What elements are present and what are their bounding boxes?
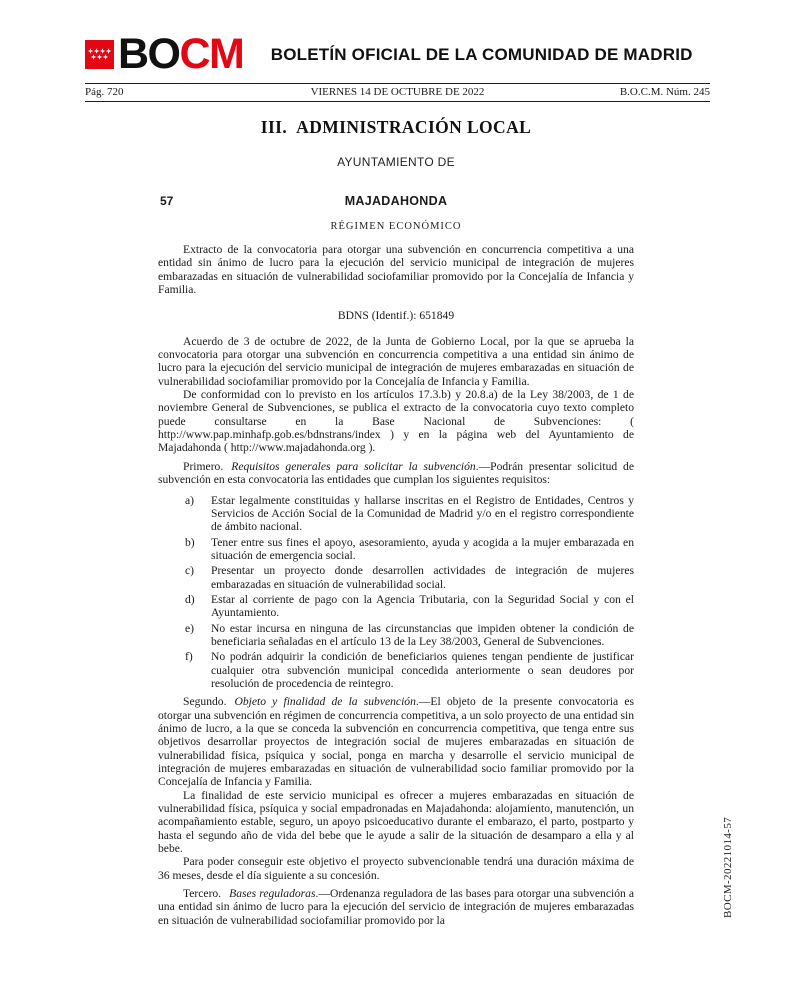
entity-type-heading: AYUNTAMIENTO DE [158,155,634,169]
list-item: b) Tener entre sus fines el apoyo, aseso… [158,536,634,563]
list-item: c) Presentar un proyecto donde desarroll… [158,564,634,591]
paragraph-segundo: Segundo.Objeto y finalidad de la subvenc… [158,695,634,788]
list-item-text: Tener entre sus fines el apoyo, asesoram… [211,536,634,563]
municipality-row: 57 MAJADAHONDA [158,194,634,209]
issue-date-label: VIERNES 14 DE OCTUBRE DE 2022 [85,86,710,98]
masthead: BOCM BOLETÍN OFICIAL DE LA COMUNIDAD DE … [85,33,710,76]
bocm-logo: BOCM [85,33,243,76]
list-item-text: Presentar un proyecto donde desarrollen … [211,564,634,591]
list-item-letter: d) [185,593,211,620]
list-item-text: Estar al corriente de pago con la Agenci… [211,593,634,620]
requirements-list: a) Estar legalmente constituidas y halla… [158,494,634,691]
logo-cm-letters: CM [180,30,244,78]
madrid-flag-icon [85,40,114,69]
bocm-logo-word: BOCM [118,33,243,76]
header-meta-row: Pág. 720 VIERNES 14 DE OCTUBRE DE 2022 B… [85,86,710,100]
bdns-identifier: BDNS (Identif.): 651849 [158,309,634,322]
list-item-letter: e) [185,622,211,649]
paragraph-extracto: Extracto de la convocatoria para otorgar… [158,243,634,296]
primero-label: Primero. [183,460,223,473]
document-body: Extracto de la convocatoria para otorgar… [158,243,634,927]
list-item: d) Estar al corriente de pago con la Age… [158,593,634,620]
section-title: III.ADMINISTRACIÓN LOCAL [158,117,634,138]
segundo-label: Segundo. [183,695,226,708]
masthead-title: BOLETÍN OFICIAL DE LA COMUNIDAD DE MADRI… [243,45,710,65]
paragraph-acuerdo: Acuerdo de 3 de octubre de 2022, de la J… [158,335,634,388]
paragraph-tercero: Tercero.Bases reguladoras.—Ordenanza reg… [158,887,634,927]
header-rule-thick [85,83,710,84]
edition-code-vertical: BOCM-20221014-57 [722,797,734,937]
municipality-heading: MAJADAHONDA [158,194,634,208]
list-item: a) Estar legalmente constituidas y halla… [158,494,634,534]
issue-number-label: B.O.C.M. Núm. 245 [620,86,710,98]
list-item-letter: f) [185,650,211,690]
segundo-title: Objeto y finalidad de la subvención [234,695,415,708]
section-name: ADMINISTRACIÓN LOCAL [296,117,531,137]
tercero-label: Tercero. [183,887,221,900]
logo-bo-letters: BO [118,30,180,78]
primero-title: Requisitos generales para solicitar la s… [231,460,475,473]
tercero-title: Bases reguladoras [229,887,315,900]
list-item-text: No podrán adquirir la condición de benef… [211,650,634,690]
list-item-letter: c) [185,564,211,591]
item-number: 57 [160,194,173,208]
header-rule-thin [85,101,710,102]
category-heading: RÉGIMEN ECONÓMICO [158,221,634,232]
segundo-rest: .—El objeto de la presente convocatoria … [158,695,634,788]
paragraph-finalidad: La finalidad de este servicio municipal … [158,789,634,856]
section-number: III. [261,117,287,137]
list-item-text: Estar legalmente constituidas y hallarse… [211,494,634,534]
list-item-letter: a) [185,494,211,534]
list-item: e) No estar incursa en ninguna de las ci… [158,622,634,649]
paragraph-conformidad: De conformidad con lo previsto en los ar… [158,388,634,455]
list-item-letter: b) [185,536,211,563]
list-item-text: No estar incursa en ninguna de las circu… [211,622,634,649]
bocm-document-page: BOCM BOLETÍN OFICIAL DE LA COMUNIDAD DE … [0,0,792,1000]
list-item: f) No podrán adquirir la condición de be… [158,650,634,690]
paragraph-primero: Primero.Requisitos generales para solici… [158,460,634,487]
document-content: III.ADMINISTRACIÓN LOCAL AYUNTAMIENTO DE… [158,112,634,927]
paragraph-duracion: Para poder conseguir este objetivo el pr… [158,855,634,882]
page-number-label: Pág. 720 [85,86,124,98]
